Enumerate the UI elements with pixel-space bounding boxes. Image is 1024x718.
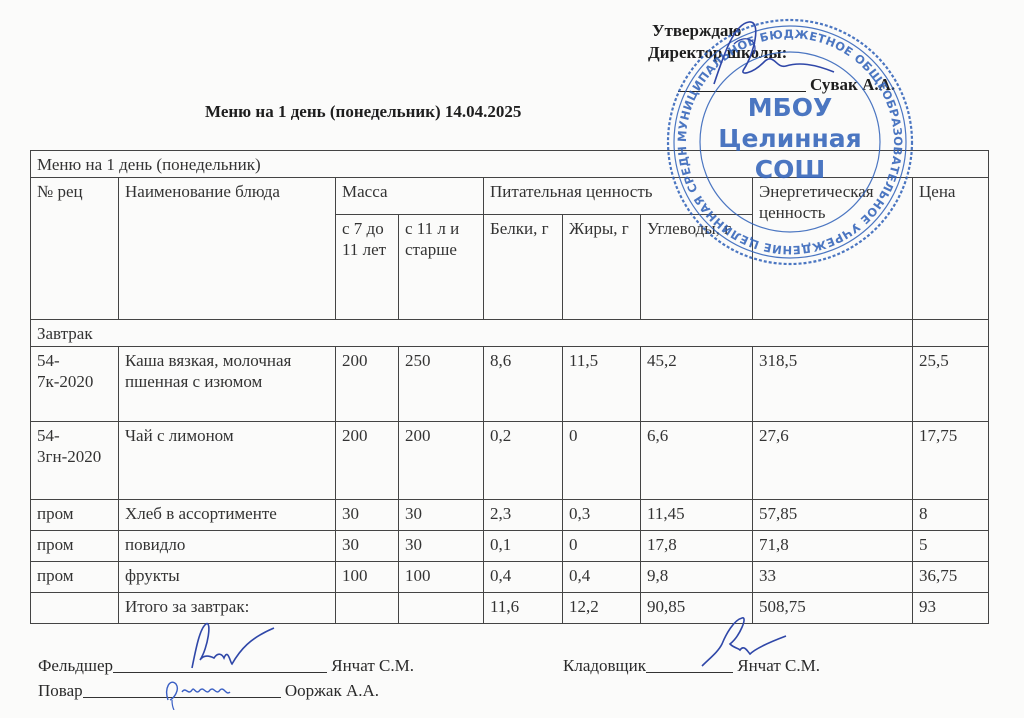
approval-heading: Утверждаю	[652, 20, 741, 41]
cell-proteins: 0,2	[484, 422, 563, 500]
header-price: Цена	[913, 178, 989, 320]
table-row: пром Хлеб в ассортименте 30 30 2,3 0,3 1…	[31, 500, 989, 531]
cell-dish: Чай с лимоном	[119, 422, 336, 500]
cell-recipe: пром	[31, 500, 119, 531]
cell-fats: 0	[563, 531, 641, 562]
menu-table: Меню на 1 день (понедельник) № рец Наиме…	[30, 150, 989, 624]
cell-recipe: 54-3гн-2020	[31, 422, 119, 500]
table-row: 54-3гн-2020 Чай с лимоном 200 200 0,2 0 …	[31, 422, 989, 500]
total-proteins: 11,6	[484, 593, 563, 624]
signature-line	[83, 697, 281, 698]
total-mass-11-plus	[399, 593, 484, 624]
header-mass-7-11: с 7 до 11 лет	[336, 215, 399, 320]
cell-mass-7-11: 200	[336, 422, 399, 500]
total-row: Итого за завтрак: 11,6 12,2 90,85 508,75…	[31, 593, 989, 624]
feldsher-name: Янчат С.М.	[331, 656, 414, 675]
cell-fats: 11,5	[563, 347, 641, 422]
total-carbs: 90,85	[641, 593, 753, 624]
cell-mass-11-plus: 200	[399, 422, 484, 500]
cell-proteins: 0,1	[484, 531, 563, 562]
cell-fats: 0,3	[563, 500, 641, 531]
storekeeper-signature-line: Кладовщик Янчат С.М.	[563, 656, 820, 676]
header-mass-11-plus: с 11 л и старше	[399, 215, 484, 320]
total-energy: 508,75	[753, 593, 913, 624]
cell-price: 36,75	[913, 562, 989, 593]
cell-energy: 33	[753, 562, 913, 593]
cell-proteins: 8,6	[484, 347, 563, 422]
cell-price: 5	[913, 531, 989, 562]
cook-signature-line: Повар Ооржак А.А.	[38, 681, 379, 701]
cell-carbs: 17,8	[641, 531, 753, 562]
cell-fats: 0,4	[563, 562, 641, 593]
header-recipe-no: № рец	[31, 178, 119, 320]
storekeeper-role: Кладовщик	[563, 656, 646, 675]
signature-line	[113, 672, 327, 673]
cell-proteins: 2,3	[484, 500, 563, 531]
cell-mass-11-plus: 100	[399, 562, 484, 593]
header-dish-name: Наименование блюда	[119, 178, 336, 320]
cell-carbs: 45,2	[641, 347, 753, 422]
cell-mass-7-11: 100	[336, 562, 399, 593]
cell-recipe: 54-7к-2020	[31, 347, 119, 422]
stamp-line-2: Целинная	[718, 124, 861, 153]
approval-signer: Сувак А.А.	[810, 75, 895, 94]
storekeeper-name: Янчат С.М.	[737, 656, 820, 675]
cell-proteins: 0,4	[484, 562, 563, 593]
document-title: Меню на 1 день (понедельник) 14.04.2025	[205, 102, 521, 122]
stamp-line-1: МБОУ	[748, 93, 832, 122]
total-label: Итого за завтрак:	[119, 593, 336, 624]
signature-line	[646, 672, 733, 673]
header-mass: Масса	[336, 178, 484, 215]
cell-dish: Каша вязкая, молочная пшенная с изюмом	[119, 347, 336, 422]
total-empty-cell	[31, 593, 119, 624]
header-fats: Жиры, г	[563, 215, 641, 320]
cell-price: 8	[913, 500, 989, 531]
total-mass-7-11	[336, 593, 399, 624]
approval-signer-line: Сувак А.А.	[678, 74, 895, 95]
cell-energy: 318,5	[753, 347, 913, 422]
cell-carbs: 11,45	[641, 500, 753, 531]
cell-mass-7-11: 200	[336, 347, 399, 422]
table-caption: Меню на 1 день (понедельник)	[31, 151, 989, 178]
section-breakfast: Завтрак	[31, 320, 913, 347]
cell-mass-11-plus: 30	[399, 531, 484, 562]
section-price-cell	[913, 320, 989, 347]
cell-energy: 27,6	[753, 422, 913, 500]
cell-mass-11-plus: 250	[399, 347, 484, 422]
cell-recipe: пром	[31, 531, 119, 562]
signature-line	[678, 91, 806, 92]
cell-carbs: 9,8	[641, 562, 753, 593]
cell-energy: 57,85	[753, 500, 913, 531]
table-row: 54-7к-2020 Каша вязкая, молочная пшенная…	[31, 347, 989, 422]
cell-mass-7-11: 30	[336, 500, 399, 531]
feldsher-role: Фельдшер	[38, 656, 113, 675]
cell-dish: фрукты	[119, 562, 336, 593]
feldsher-signature-line: Фельдшер Янчат С.М.	[38, 656, 414, 676]
header-nutrition: Питательная ценность	[484, 178, 753, 215]
cell-dish: Хлеб в ассортименте	[119, 500, 336, 531]
table-row: пром фрукты 100 100 0,4 0,4 9,8 33 36,75	[31, 562, 989, 593]
approval-position: Директор школы:	[648, 42, 787, 63]
cell-mass-7-11: 30	[336, 531, 399, 562]
cell-dish: повидло	[119, 531, 336, 562]
cell-fats: 0	[563, 422, 641, 500]
cell-carbs: 6,6	[641, 422, 753, 500]
total-price: 93	[913, 593, 989, 624]
cell-recipe: пром	[31, 562, 119, 593]
cell-energy: 71,8	[753, 531, 913, 562]
cell-mass-11-plus: 30	[399, 500, 484, 531]
cell-price: 25,5	[913, 347, 989, 422]
cook-name: Ооржак А.А.	[285, 681, 379, 700]
cell-price: 17,75	[913, 422, 989, 500]
table-row: пром повидло 30 30 0,1 0 17,8 71,8 5	[31, 531, 989, 562]
header-proteins: Белки, г	[484, 215, 563, 320]
total-fats: 12,2	[563, 593, 641, 624]
header-carbs: Углеводы, г	[641, 215, 753, 320]
cook-role: Повар	[38, 681, 83, 700]
header-energy: Энергетическая ценность	[753, 178, 913, 320]
